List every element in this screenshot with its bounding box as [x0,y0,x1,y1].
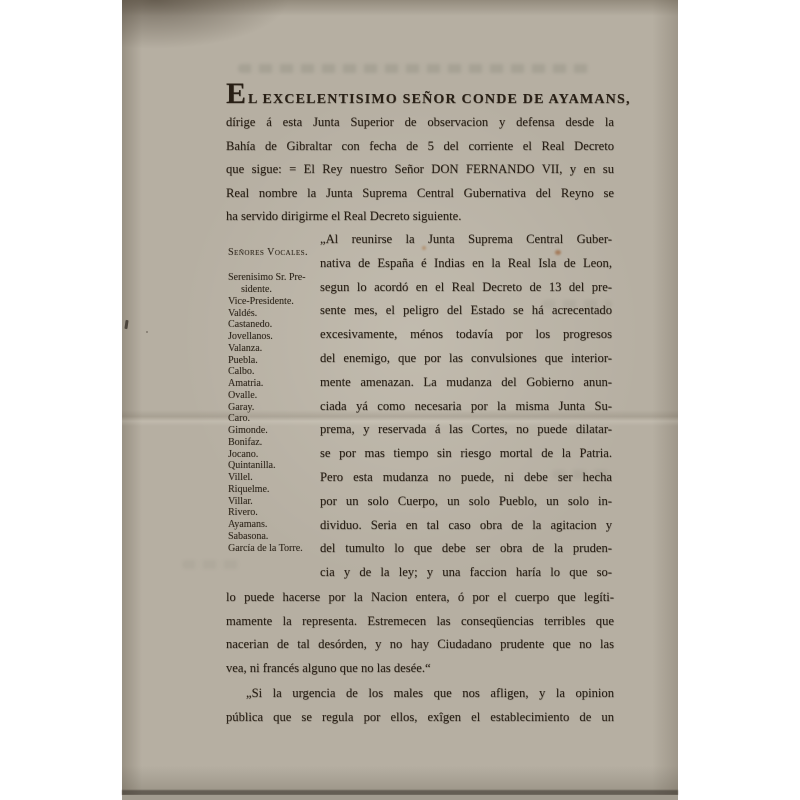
margin-note-name: Sabasona. [228,531,324,543]
body-line: se por mas tiempo sin riesgo mortal de l… [320,442,612,466]
margin-note-name: García de la Torre. [228,543,324,555]
margin-notes: Señores Vocales. Serenisimo Sr. Pre- sid… [228,247,324,554]
body-line: excesivamente, ménos todavía por los pro… [320,323,612,347]
margin-note-name: Ayamans. [228,519,324,531]
body-line: lo puede hacerse por la Nacion entera, ó… [226,586,614,610]
margin-note-name: Jocano. [228,449,324,461]
body-line: „Al reunirse la Junta Suprema Central Gu… [320,228,612,252]
margin-note-name: Villel. [228,472,324,484]
document-heading: EL EXCELENTISIMO SEÑOR CONDE DE AYAMANS, [226,88,614,111]
decree-quote: „Al reunirse la Junta Suprema Central Gu… [320,228,612,585]
margin-note-name: Valdés. [228,308,324,320]
margin-notes-heading: Señores Vocales. [228,247,324,259]
body-line: dividuo. Seria en tal caso obra de la ag… [320,514,612,538]
margin-note-name: Riquelme. [228,484,324,496]
margin-note-name: Rivero. [228,507,324,519]
screenshot-canvas: EL EXCELENTISIMO SEÑOR CONDE DE AYAMANS,… [0,0,800,800]
body-line: del enemigo, que por las convulsiones qu… [320,347,612,371]
margin-note-name: sidente. [228,284,324,296]
margin-note-name: Valanza. [228,343,324,355]
drop-cap-initial: E [226,77,246,110]
body-line: segun lo acordó en el Real Decreto de 13… [320,276,612,300]
body-line: sente mes, el peligro del Estado se há a… [320,299,612,323]
body-line: Bahía de Gibraltar con fecha de 5 del co… [226,135,614,158]
ink-mark [124,320,128,329]
margin-note-name: Villar. [228,496,324,508]
margin-note-name: Amatria. [228,378,324,390]
margin-note-name: Puebla. [228,355,324,367]
body-line: mamente la representa. Estremecen las co… [226,610,614,634]
body-line: dírige á esta Junta Superior de observac… [226,111,614,134]
paper-speck [146,331,148,333]
body-line: vea, ni francés alguno que no las desée.… [226,657,614,681]
body-line: por un solo Cuerpo, un solo Pueblo, un s… [320,490,612,514]
paper-bottom-margin [122,795,678,800]
opening-paragraph: EL EXCELENTISIMO SEÑOR CONDE DE AYAMANS,… [226,88,614,228]
body-line: mente amenazan. La mudanza del Gobierno … [320,371,612,395]
margin-note-name: Gimonde. [228,425,324,437]
body-line: Pero esta mudanza no puede, ni debe ser … [320,466,612,490]
margin-note-name: Calbo. [228,366,324,378]
heading-text: L EXCELENTISIMO SEÑOR CONDE DE AYAMANS, [248,92,631,107]
body-line: Real nombre la Junta Suprema Central Gub… [226,182,614,205]
body-line: del tumulto lo que debe ser obra de la p… [320,537,612,561]
document-photo: EL EXCELENTISIMO SEÑOR CONDE DE AYAMANS,… [122,0,678,800]
decree-quote-continuation: lo puede hacerse por la Nacion entera, ó… [226,586,614,681]
margin-note-name: Vice-Presidente. [228,296,324,308]
margin-note-name: Jovellanos. [228,331,324,343]
margin-note-name: Garay. [228,402,324,414]
margin-note-name: Castanedo. [228,319,324,331]
body-line: „Si la urgencia de los males que nos afl… [226,682,614,706]
body-line: ha servido dirigirme el Real Decreto sig… [226,205,614,228]
bleedthrough-text-line [238,64,590,73]
bleedthrough-text-line [182,560,242,569]
body-line: ciada yá como necesaria por la misma Jun… [320,395,612,419]
margin-note-name: Quintanilla. [228,460,324,472]
body-line: cia y de la ley; y una faccion haría lo … [320,561,612,585]
body-line: pública que se regula por ellos, exîgen … [226,706,614,730]
margin-note-name: Ovalle. [228,390,324,402]
body-line: que sigue: = El Rey nuestro Señor DON FE… [226,158,614,181]
body-line: nativa de España é Indias en la Real Isl… [320,252,612,276]
margin-note-name: Serenisimo Sr. Pre- [228,272,324,284]
body-line: prema, y reservada á las Cortes, no pued… [320,418,612,442]
margin-note-name: Bonifaz. [228,437,324,449]
body-line: nacerian de tal desórden, y no hay Ciuda… [226,633,614,657]
closing-paragraph: „Si la urgencia de los males que nos afl… [226,682,614,729]
margin-note-name: Caro. [228,413,324,425]
